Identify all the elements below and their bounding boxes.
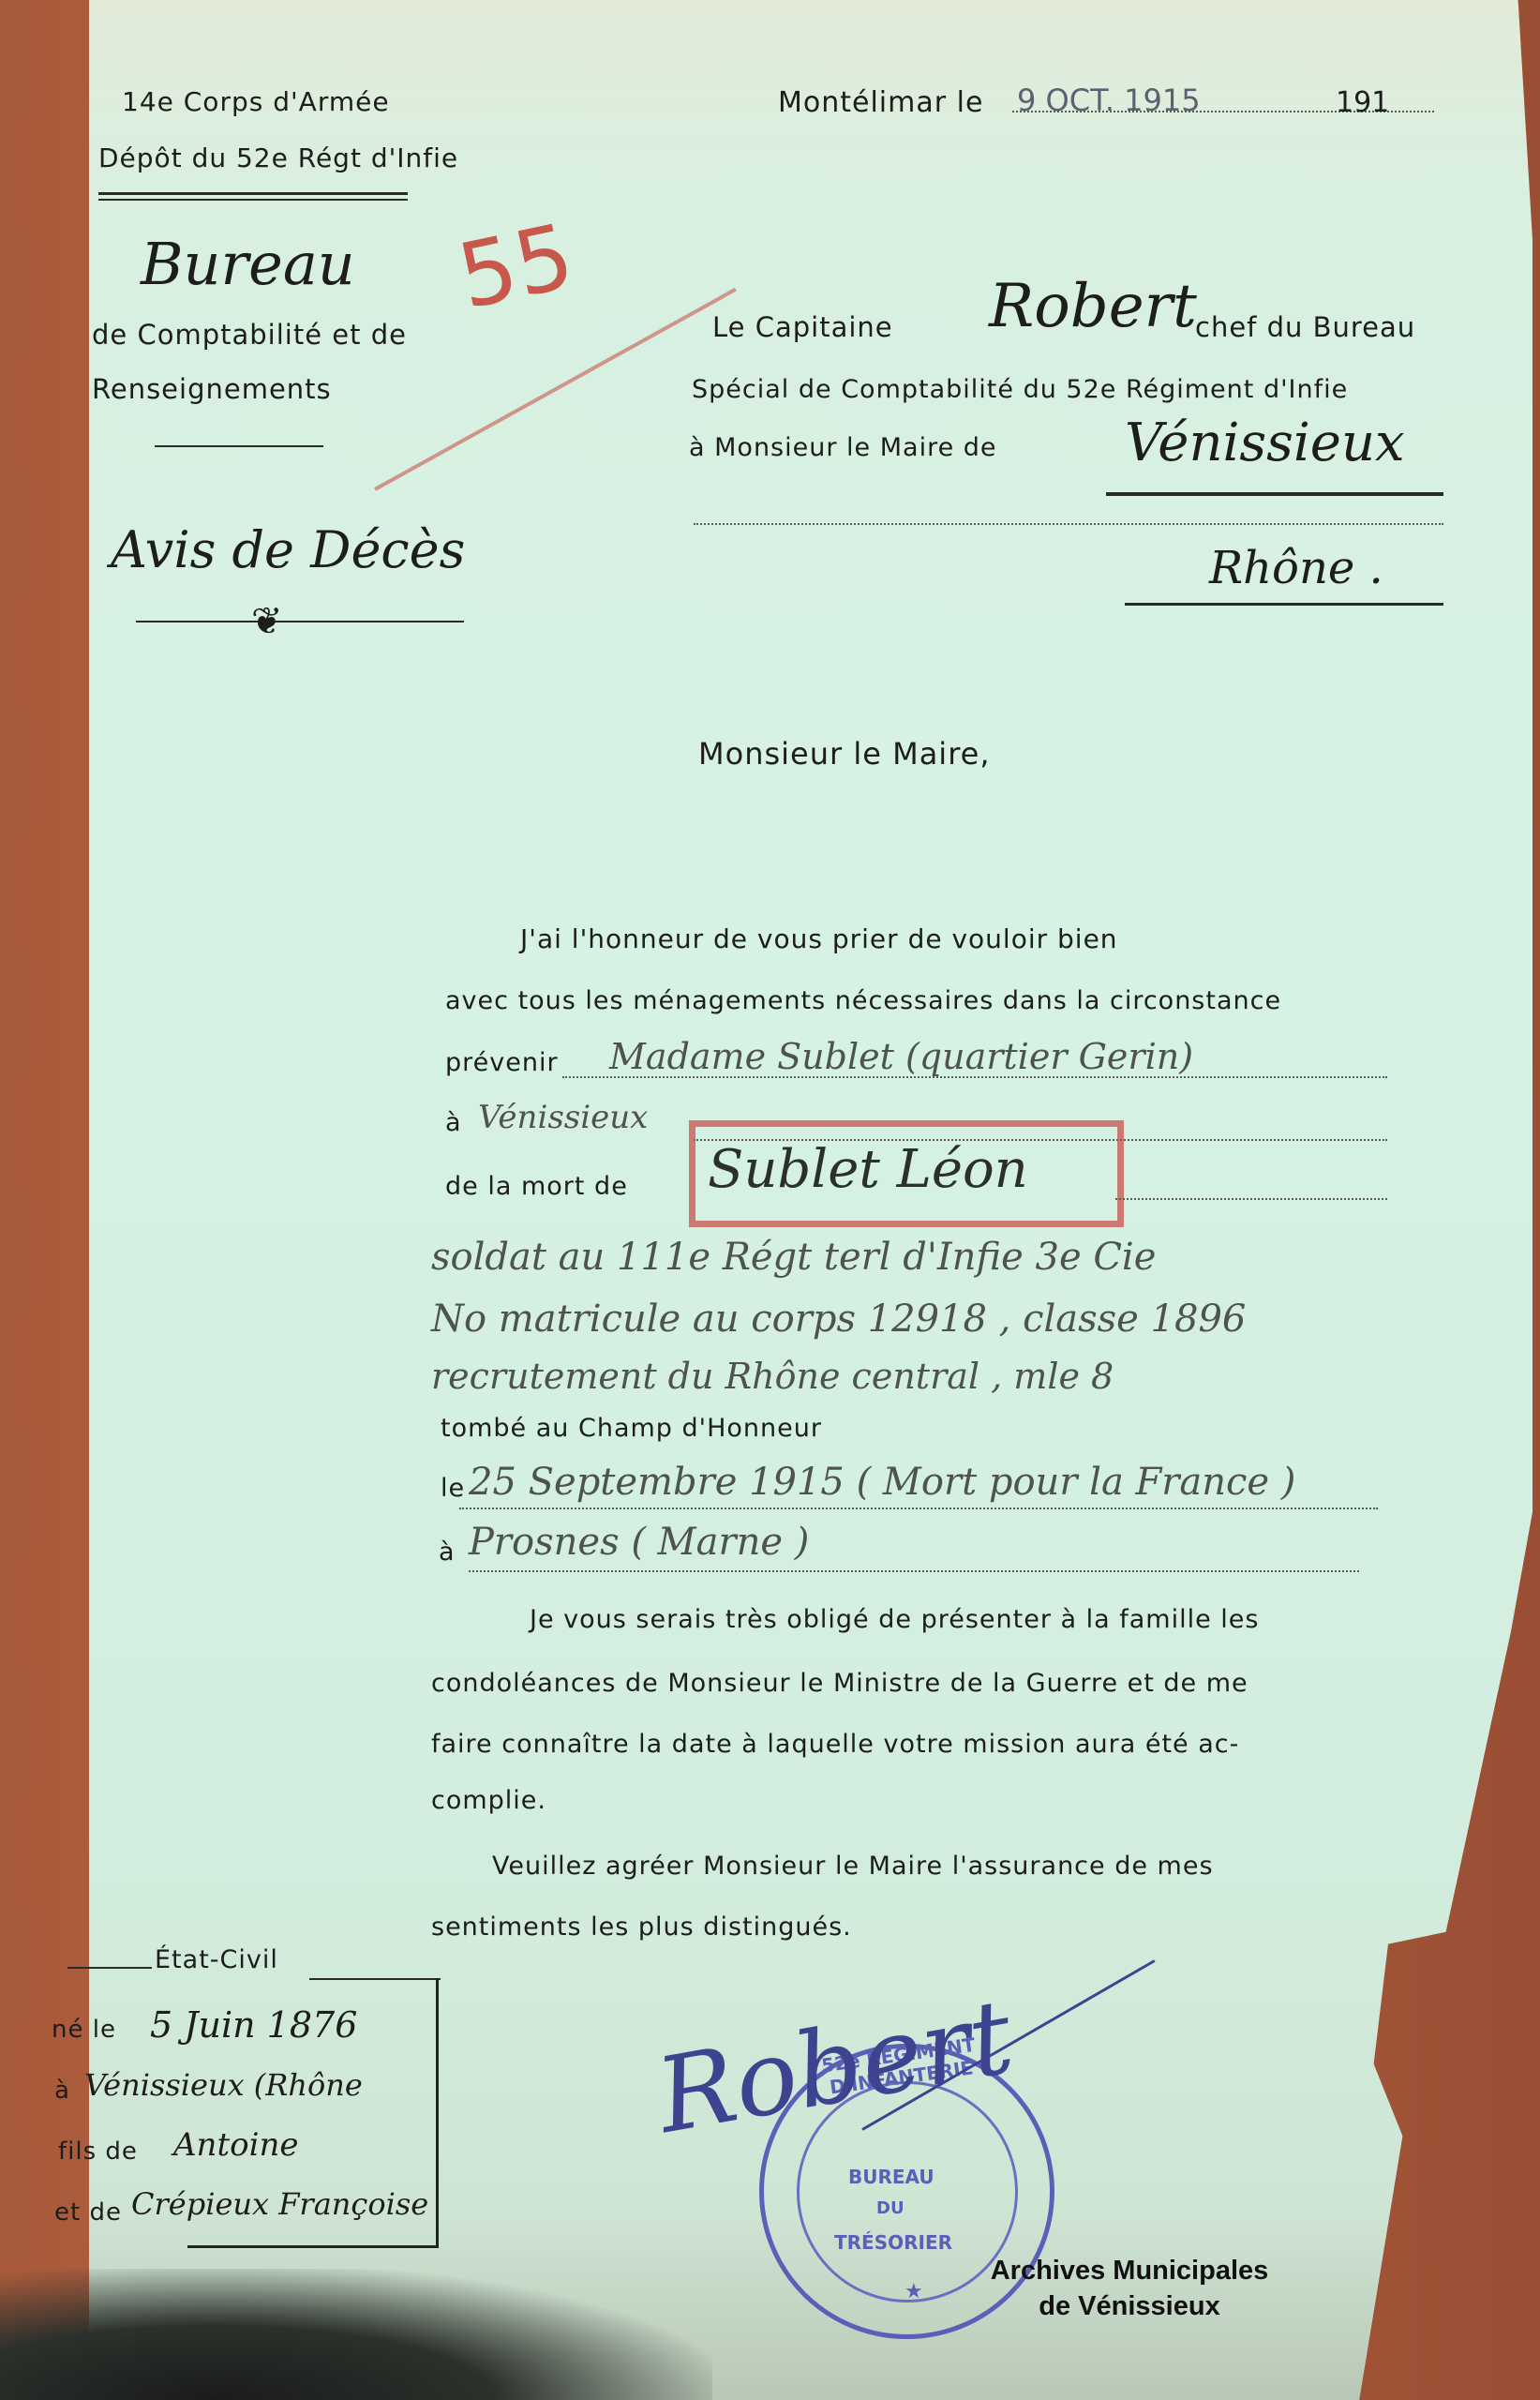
header-rule-2 bbox=[98, 199, 408, 201]
bureau-title: Bureau bbox=[141, 230, 355, 298]
p3-line2: sentiments les plus distingués. bbox=[431, 1912, 852, 1942]
deceased-name: Sublet Léon bbox=[708, 1139, 1028, 1200]
commune-name: Vénissieux bbox=[1125, 412, 1405, 473]
mort-dots bbox=[1115, 1198, 1387, 1200]
depot-label: Dépôt du 52e Régt d'Infie bbox=[98, 142, 458, 173]
le-label: le bbox=[441, 1474, 465, 1503]
header-rule bbox=[98, 192, 408, 195]
place-date-label: Montélimar le bbox=[778, 86, 983, 119]
stamp-star-icon: ★ bbox=[905, 2280, 923, 2303]
photo-shadow bbox=[0, 2269, 712, 2400]
date-stamp: 9 OCT. 1915 bbox=[1017, 82, 1201, 118]
sender-suffix: chef du Bureau bbox=[1195, 311, 1415, 343]
stamp-center-3: TRÉSORIER bbox=[834, 2231, 952, 2254]
p1-line1: J'ai l'honneur de vous prier de vouloir … bbox=[520, 923, 1118, 954]
a-label: à bbox=[445, 1108, 462, 1137]
recrutement-line: recrutement du Rhône central , mle 8 bbox=[431, 1356, 1114, 1397]
place-label: à bbox=[439, 1537, 456, 1567]
corps-label: 14e Corps d'Armée bbox=[122, 86, 390, 117]
notice-title: Avis de Décès bbox=[111, 520, 465, 579]
fils-label: fils de bbox=[58, 2137, 138, 2166]
p1-line2: avec tous les ménagements nécessaires da… bbox=[445, 986, 1281, 1015]
date-dots bbox=[459, 1507, 1378, 1509]
place-dots bbox=[469, 1570, 1359, 1572]
father-name: Antoine bbox=[173, 2126, 298, 2164]
et-label: et de bbox=[54, 2198, 122, 2227]
death-place: Prosnes ( Marne ) bbox=[469, 1521, 809, 1564]
mother-name: Crépieux Françoise bbox=[131, 2186, 428, 2222]
a-value: Vénissieux bbox=[478, 1099, 648, 1136]
sender-line2: Spécial de Comptabilité du 52e Régiment … bbox=[692, 375, 1348, 404]
commune-underline bbox=[1106, 492, 1443, 496]
prevenir-label: prévenir bbox=[445, 1048, 559, 1077]
birth-a-label: à bbox=[54, 2077, 70, 2105]
ne-le-label: né le bbox=[52, 2016, 116, 2044]
etat-civil-title: État-Civil bbox=[155, 1945, 278, 1974]
department-underline bbox=[1125, 603, 1443, 606]
stamp-center-2: DU bbox=[876, 2198, 905, 2218]
captain-name: Robert bbox=[989, 272, 1197, 341]
p2-line2: condoléances de Monsieur le Ministre de … bbox=[431, 1669, 1248, 1698]
sender-line3: à Monsieur le Maire de bbox=[689, 433, 997, 462]
tombe-label: tombé au Champ d'Honneur bbox=[441, 1414, 822, 1443]
bureau-subtitle-2: Renseignements bbox=[92, 373, 332, 405]
etat-civil-rule-left bbox=[67, 1967, 152, 1969]
sender-dotted-line bbox=[694, 523, 1443, 525]
archive-line-2: de Vénissieux bbox=[975, 2288, 1284, 2324]
mort-label: de la mort de bbox=[445, 1172, 628, 1201]
department-name: Rhône . bbox=[1209, 542, 1383, 594]
prevenir-value: Madame Sublet (quartier Gerin) bbox=[609, 1036, 1193, 1077]
sender-prefix: Le Capitaine bbox=[712, 311, 893, 343]
p2-line1: Je vous serais très obligé de présenter … bbox=[530, 1605, 1260, 1634]
bureau-subtitle-1: de Comptabilité et de bbox=[92, 319, 407, 351]
p2-line4: complie. bbox=[431, 1786, 546, 1815]
bureau-rule bbox=[155, 445, 323, 447]
stamp-center-1: BUREAU bbox=[848, 2166, 934, 2188]
archive-line-1: Archives Municipales bbox=[975, 2253, 1284, 2288]
soldier-line: soldat au 111e Régt terl d'Infie 3e Cie bbox=[431, 1236, 1156, 1279]
year-prefix: 191 bbox=[1336, 86, 1389, 119]
matricule-line: No matricule au corps 12918 , classe 189… bbox=[431, 1297, 1246, 1341]
death-date: 25 Septembre 1915 ( Mort pour la France … bbox=[469, 1461, 1295, 1504]
ornament-icon: ❦ bbox=[251, 600, 283, 643]
ornament-rule bbox=[136, 621, 464, 622]
birth-place: Vénissieux (Rhône bbox=[84, 2067, 363, 2103]
salutation: Monsieur le Maire, bbox=[698, 736, 991, 772]
p2-line3: faire connaître la date à laquelle votre… bbox=[431, 1730, 1239, 1759]
archive-watermark: Archives Municipales de Vénissieux bbox=[975, 2253, 1284, 2324]
birth-date: 5 Juin 1876 bbox=[150, 2004, 357, 2046]
p3-line1: Veuillez agréer Monsieur le Maire l'assu… bbox=[492, 1852, 1214, 1881]
